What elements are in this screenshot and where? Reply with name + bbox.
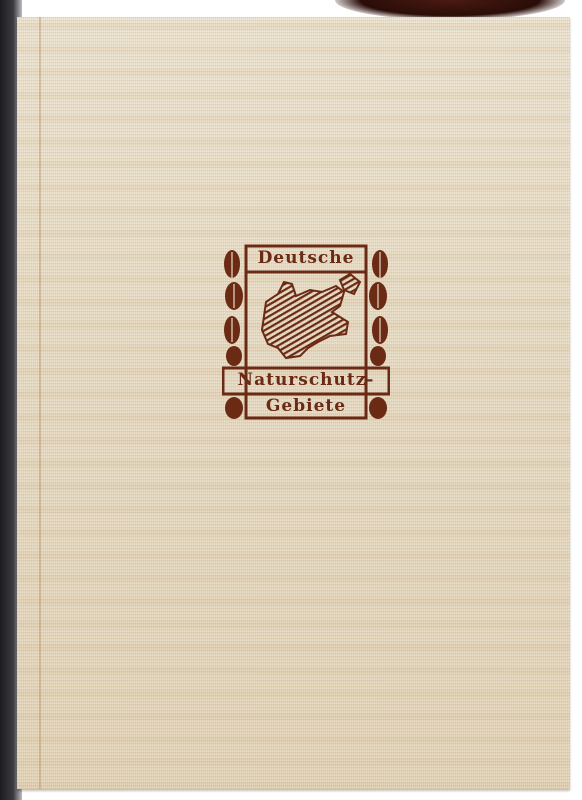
spine-hinge <box>39 17 41 789</box>
book-cover: Deutsche Naturschutz- Gebiete <box>17 17 570 789</box>
emblem-title-line-3: Gebiete <box>248 396 364 416</box>
emblem-title-line-2: Naturschutz- <box>224 370 388 390</box>
cover-emblem: Deutsche Naturschutz- Gebiete <box>222 244 390 422</box>
emblem-title-line-1: Deutsche <box>248 248 364 268</box>
